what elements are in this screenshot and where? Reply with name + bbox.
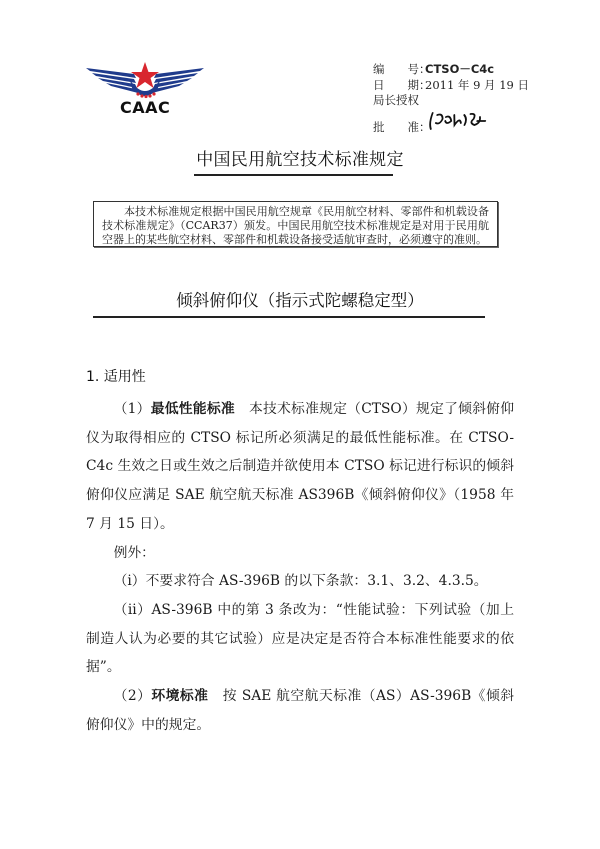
section-body: （1）最低性能标准 本技术标准规定（CTSO）规定了倾斜俯仰仪为取得相应的 CT… — [86, 395, 514, 739]
exception-number: （ii） — [114, 602, 152, 618]
title-underline — [194, 174, 393, 176]
meta-approval-row: 批 准： — [373, 109, 529, 136]
exception-i: （i）不要求符合 AS-396B 的以下条款：3.1、3.2、4.3.5。 — [86, 567, 514, 596]
meta-number-label: 编 号： — [373, 62, 425, 78]
caac-logo-text: CAAC — [120, 98, 170, 117]
caac-logo: CAAC — [84, 58, 206, 122]
meta-authorization-row: 局长授权 — [373, 93, 529, 109]
clause-title: 最低性能标准 — [151, 401, 235, 417]
exception-ii: （ii）AS-396B 中的第 3 条改为：“性能试验：下列试验（加上制造人认为… — [86, 596, 514, 682]
subject-title: 倾斜俯仰仪（指示式陀螺稳定型） — [0, 287, 600, 311]
clause-number: （1） — [114, 401, 151, 417]
meta-date-value: 2011 年 9 月 19 日 — [425, 78, 529, 94]
clause-title: 环境标准 — [151, 688, 208, 704]
exception-number: （i） — [114, 573, 146, 589]
clause-1-minimum-performance: （1）最低性能标准 本技术标准规定（CTSO）规定了倾斜俯仰仪为取得相应的 CT… — [86, 395, 514, 539]
section-heading-applicability: 1. 适用性 — [86, 366, 146, 386]
meta-number-value: CTSO－C4c — [425, 62, 494, 78]
exception-text: 不要求符合 AS-396B 的以下条款：3.1、3.2、4.3.5。 — [146, 573, 488, 589]
signature-image — [425, 109, 492, 136]
meta-number-row: 编 号： CTSO－C4c — [373, 62, 529, 78]
meta-approval-label: 批 准： — [373, 120, 425, 136]
exceptions-text: 例外： — [114, 545, 155, 561]
handwritten-signature-icon — [425, 109, 491, 131]
meta-date-label: 日 期： — [373, 78, 425, 94]
clause-number: （2） — [114, 688, 152, 704]
document-title: 中国民用航空技术标准规定 — [0, 145, 600, 170]
document-meta: 编 号： CTSO－C4c 日 期： 2011 年 9 月 19 日 局长授权 … — [373, 62, 529, 135]
notice-text: 本技术标准规定根据中国民用航空规章《民用航空材料、零部件和机载设备技术标准规定》… — [102, 205, 489, 247]
clause-2-environmental: （2）环境标准 按 SAE 航空航天标准（AS）AS-396B《倾斜俯仰仪》中的… — [86, 682, 514, 739]
meta-date-row: 日 期： 2011 年 9 月 19 日 — [373, 78, 529, 94]
subject-underline — [93, 316, 485, 318]
notice-box: 本技术标准规定根据中国民用航空规章《民用航空材料、零部件和机载设备技术标准规定》… — [93, 201, 498, 247]
meta-authorization-label: 局长授权 — [373, 93, 419, 109]
clause-text: 本技术标准规定（CTSO）规定了倾斜俯仰仪为取得相应的 CTSO 标记所必须满足… — [86, 401, 514, 532]
exceptions-label: 例外： — [86, 539, 514, 568]
exception-text: AS-396B 中的第 3 条改为：“性能试验：下列试验（加上制造人认为必要的其… — [86, 602, 514, 675]
